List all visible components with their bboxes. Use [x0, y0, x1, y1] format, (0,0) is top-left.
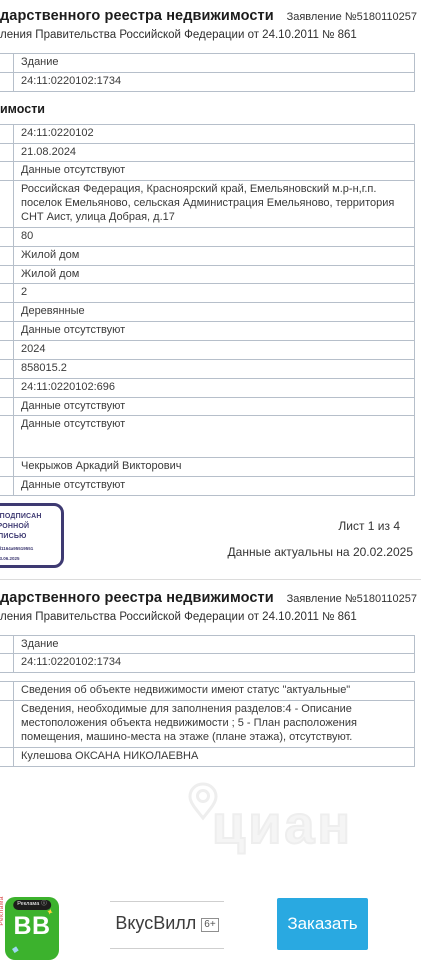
actuality-date: Данные актуальны на 20.02.2025: [228, 545, 421, 559]
document-header: дарственного реестра недвижимости Заявле…: [0, 8, 421, 24]
sheet-info: Лист 1 из 4 Данные актуальны на 20.02.20…: [228, 503, 421, 567]
ad-divider-top: [110, 901, 224, 902]
status-table: Сведения об объекте недвижимости имеют с…: [0, 681, 415, 766]
table-row: 21.08.2024: [0, 144, 414, 163]
table-row: Данные отсутствуют: [0, 477, 414, 496]
status-cell: Сведения об объекте недвижимости имеют с…: [0, 682, 414, 700]
ad-badge-label: Реклама: [17, 902, 39, 908]
stamp-text: Т ПОДПИСАН: [0, 512, 58, 522]
ad-divider-bottom: [110, 948, 224, 949]
table-cell: Данные отсутствуют: [0, 416, 414, 457]
object-table: Здание 24:11:0220102:1734: [0, 53, 415, 92]
sheet-number: Лист 1 из 4: [228, 519, 421, 533]
characteristics-table: 24:11:0220102 21.08.2024 Данные отсутств…: [0, 124, 415, 496]
table-cell: 24:11:0220102: [0, 125, 414, 143]
table-cell: Жилой дом: [0, 266, 414, 284]
signature-and-sheet-row: Т ПОДПИСАН ТРОННОЙ ДПИСЬЮ b7d1164a955195…: [0, 503, 421, 567]
document-header: дарственного реестра недвижимости Заявле…: [0, 590, 421, 606]
application-number: Заявление №5180110257: [287, 11, 417, 23]
watermark-brand: циан: [212, 794, 353, 856]
table-row: 858015.2: [0, 360, 414, 379]
table-cell: Данные отсутствуют: [0, 398, 414, 416]
table-row: Данные отсутствуют: [0, 416, 414, 458]
address-cell: Российская Федерация, Красноярский край,…: [0, 181, 414, 227]
document-subtitle: ления Правительства Российской Федерации…: [0, 611, 421, 623]
table-row: Чекрыжов Аркадий Викторович: [0, 458, 414, 477]
owner-cell: Чекрыжов Аркадий Викторович: [0, 458, 414, 476]
table-row: Кулешова ОКСАНА НИКОЛАЕВНА: [0, 748, 414, 767]
ad-disclosure-badge[interactable]: Реклама ⓘ: [13, 900, 51, 910]
table-row: 80: [0, 228, 414, 247]
order-button[interactable]: Заказать: [277, 898, 368, 950]
notes-cell: Сведения, необходимые для заполнения раз…: [0, 701, 414, 747]
table-row: Жилой дом: [0, 247, 414, 266]
section-heading: имости: [0, 102, 421, 116]
table-cell: 21.08.2024: [0, 144, 414, 162]
table-row: 24:11:0220102:1734: [0, 654, 414, 673]
table-row: Здание: [0, 636, 414, 655]
stamp-text: ДПИСЬЮ: [0, 532, 58, 542]
document-page-2: дарственного реестра недвижимости Заявле…: [0, 580, 421, 767]
table-cell: 2024: [0, 341, 414, 359]
table-row: Жилой дом: [0, 266, 414, 285]
table-cell: Данные отсутствуют: [0, 477, 414, 495]
table-row: Данные отсутствуют: [0, 398, 414, 417]
screen: дарственного реестра недвижимости Заявле…: [0, 0, 421, 960]
table-row: Российская Федерация, Красноярский край,…: [0, 181, 414, 228]
table-row: Сведения, необходимые для заполнения раз…: [0, 701, 414, 748]
document-subtitle: ления Правительства Российской Федерации…: [0, 29, 421, 41]
advertiser-name[interactable]: ВкусВилл6+: [104, 913, 230, 934]
table-cell: Данные отсутствуют: [0, 162, 414, 180]
table-row: Данные отсутствуют: [0, 322, 414, 341]
brand-name: ВкусВилл: [115, 913, 196, 933]
table-cell: 80: [0, 228, 414, 246]
table-row: Данные отсутствуют: [0, 162, 414, 181]
registrar-cell: Кулешова ОКСАНА НИКОЛАЕВНА: [0, 748, 414, 766]
application-number: Заявление №5180110257: [287, 593, 417, 605]
table-cell: 858015.2: [0, 360, 414, 378]
table-row: Деревянные: [0, 303, 414, 322]
stamp-certificate-code: b7d1164a95519551: [0, 546, 58, 551]
age-rating-badge: 6+: [201, 918, 218, 932]
table-row: 24:11:0220102:1734: [0, 73, 414, 92]
stamp-text: ТРОННОЙ: [0, 522, 58, 532]
document-page-1: дарственного реестра недвижимости Заявле…: [0, 0, 421, 580]
document-title: дарственного реестра недвижимости: [0, 590, 274, 606]
table-row: 24:11:0220102: [0, 125, 414, 144]
stamp-valid-date: о 13.06.2025: [0, 556, 58, 561]
object-type-cell: Здание: [0, 636, 414, 654]
table-cell: Деревянные: [0, 303, 414, 321]
cadastral-number-cell: 24:11:0220102:1734: [0, 654, 414, 672]
table-row: 2024: [0, 341, 414, 360]
digital-signature-stamp: Т ПОДПИСАН ТРОННОЙ ДПИСЬЮ b7d1164a955195…: [0, 503, 64, 567]
table-cell: Данные отсутствуют: [0, 322, 414, 340]
diamond-icon: ◆: [11, 943, 20, 955]
table-row: Сведения об объекте недвижимости имеют с…: [0, 682, 414, 701]
ad-banner: Реклама Реклама ⓘ ВВ ✦ ◆ ВкусВилл6+ Зака…: [0, 888, 421, 960]
table-cell: 2: [0, 284, 414, 302]
info-icon[interactable]: ⓘ: [41, 902, 47, 908]
table-cell: 24:11:0220102:696: [0, 379, 414, 397]
table-row: 24:11:0220102:696: [0, 379, 414, 398]
document-title: дарственного реестра недвижимости: [0, 8, 274, 24]
object-type-cell: Здание: [0, 54, 414, 72]
cian-pin-icon: [186, 781, 220, 823]
table-row: 2: [0, 284, 414, 303]
object-table: Здание 24:11:0220102:1734: [0, 635, 415, 674]
cian-watermark: циан: [0, 778, 421, 863]
cadastral-number-cell: 24:11:0220102:1734: [0, 73, 414, 91]
table-cell: Жилой дом: [0, 247, 414, 265]
table-row: Здание: [0, 54, 414, 73]
advertiser-logo[interactable]: Реклама ⓘ ВВ ✦ ◆: [5, 897, 59, 960]
